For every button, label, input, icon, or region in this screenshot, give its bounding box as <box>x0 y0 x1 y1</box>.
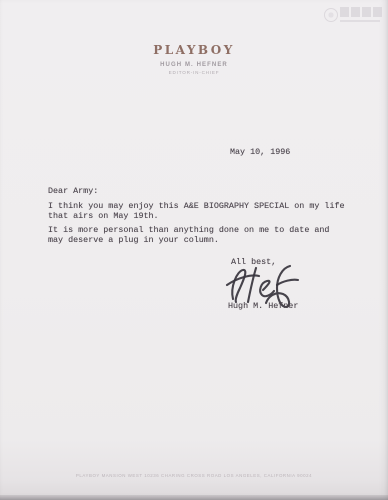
letter-paper <box>0 0 388 500</box>
body-paragraph-2: It is more personal than anything done o… <box>48 226 329 245</box>
paper-bottom-edge <box>0 495 388 500</box>
footer-address: PLAYBOY MANSION WEST 10236 CHARING CROSS… <box>0 473 388 478</box>
letterhead-title: EDITOR-IN-CHIEF <box>0 70 388 75</box>
watermark-seal-icon <box>324 8 338 22</box>
letterhead-name: HUGH M. HEFNER <box>0 62 388 68</box>
playboy-logo-text: PLAYBOY <box>0 43 388 57</box>
auction-watermark-icon <box>324 5 382 27</box>
watermark-underline <box>340 20 380 22</box>
watermark-glyphs <box>340 7 382 17</box>
letter-photograph: PLAYBOY HUGH M. HEFNER EDITOR-IN-CHIEF M… <box>0 0 388 500</box>
letter-date: May 10, 1996 <box>230 148 290 158</box>
body-paragraph-1: I think you may enjoy this A&E BIOGRAPHY… <box>48 202 345 221</box>
letterhead: PLAYBOY HUGH M. HEFNER EDITOR-IN-CHIEF <box>0 43 388 75</box>
salutation: Dear Army: <box>48 187 98 197</box>
typed-signature-name: Hugh M. Hefner <box>228 302 298 312</box>
